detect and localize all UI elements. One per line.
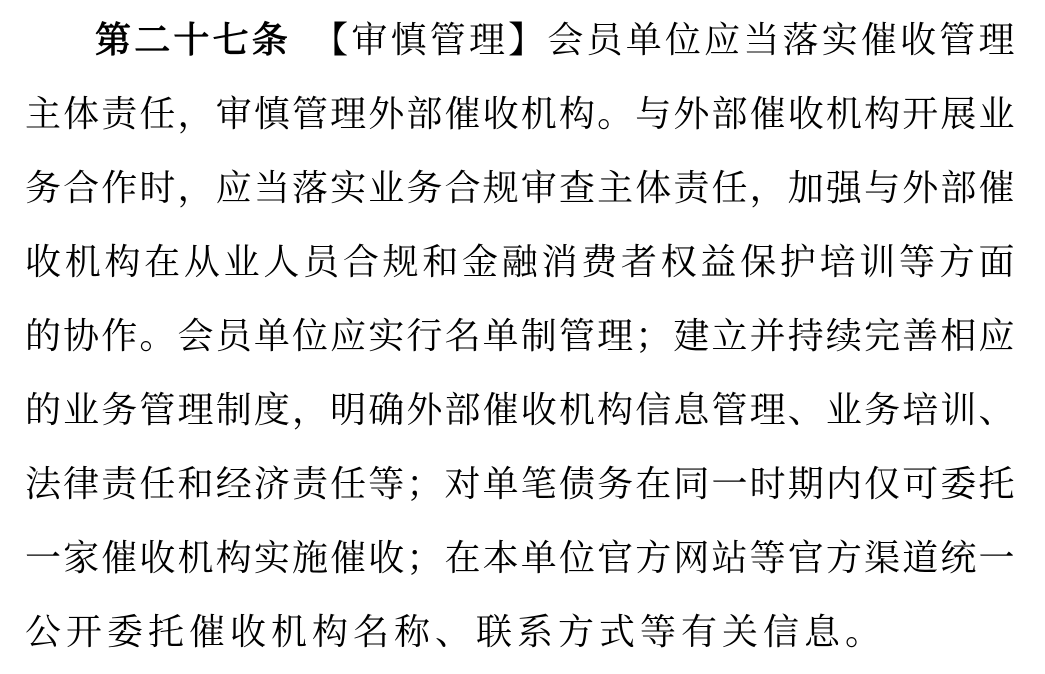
paragraph-line-4: 收机构在从业人员合规和金融消费者权益保护培训等方面 <box>25 225 1015 299</box>
paragraph-line-9: 公开委托催收机构名称、联系方式等有关信息。 <box>25 595 1015 669</box>
paragraph-line-5: 的协作。会员单位应实行名单制管理；建立并持续完善相应 <box>25 299 1015 373</box>
document-page: 第二十七条 【审慎管理】会员单位应当落实催收管理 主体责任，审慎管理外部催收机构… <box>0 0 1045 674</box>
paragraph-line-1: 第二十七条 【审慎管理】会员单位应当落实催收管理 <box>25 3 1015 77</box>
paragraph-line-8: 一家催收机构实施催收；在本单位官方网站等官方渠道统一 <box>25 521 1015 595</box>
paragraph-line-3: 务合作时，应当落实业务合规审查主体责任，加强与外部催 <box>25 151 1015 225</box>
paragraph-line-6: 的业务管理制度，明确外部催收机构信息管理、业务培训、 <box>25 373 1015 447</box>
article-number: 第二十七条 <box>95 20 291 60</box>
paragraph-line-7: 法律责任和经济责任等；对单笔债务在同一时期内仅可委托 <box>25 447 1015 521</box>
paragraph-line-2: 主体责任，审慎管理外部催收机构。与外部催收机构开展业 <box>25 77 1015 151</box>
paragraph-line-1-text: 【审慎管理】会员单位应当落实催收管理 <box>291 20 1015 60</box>
